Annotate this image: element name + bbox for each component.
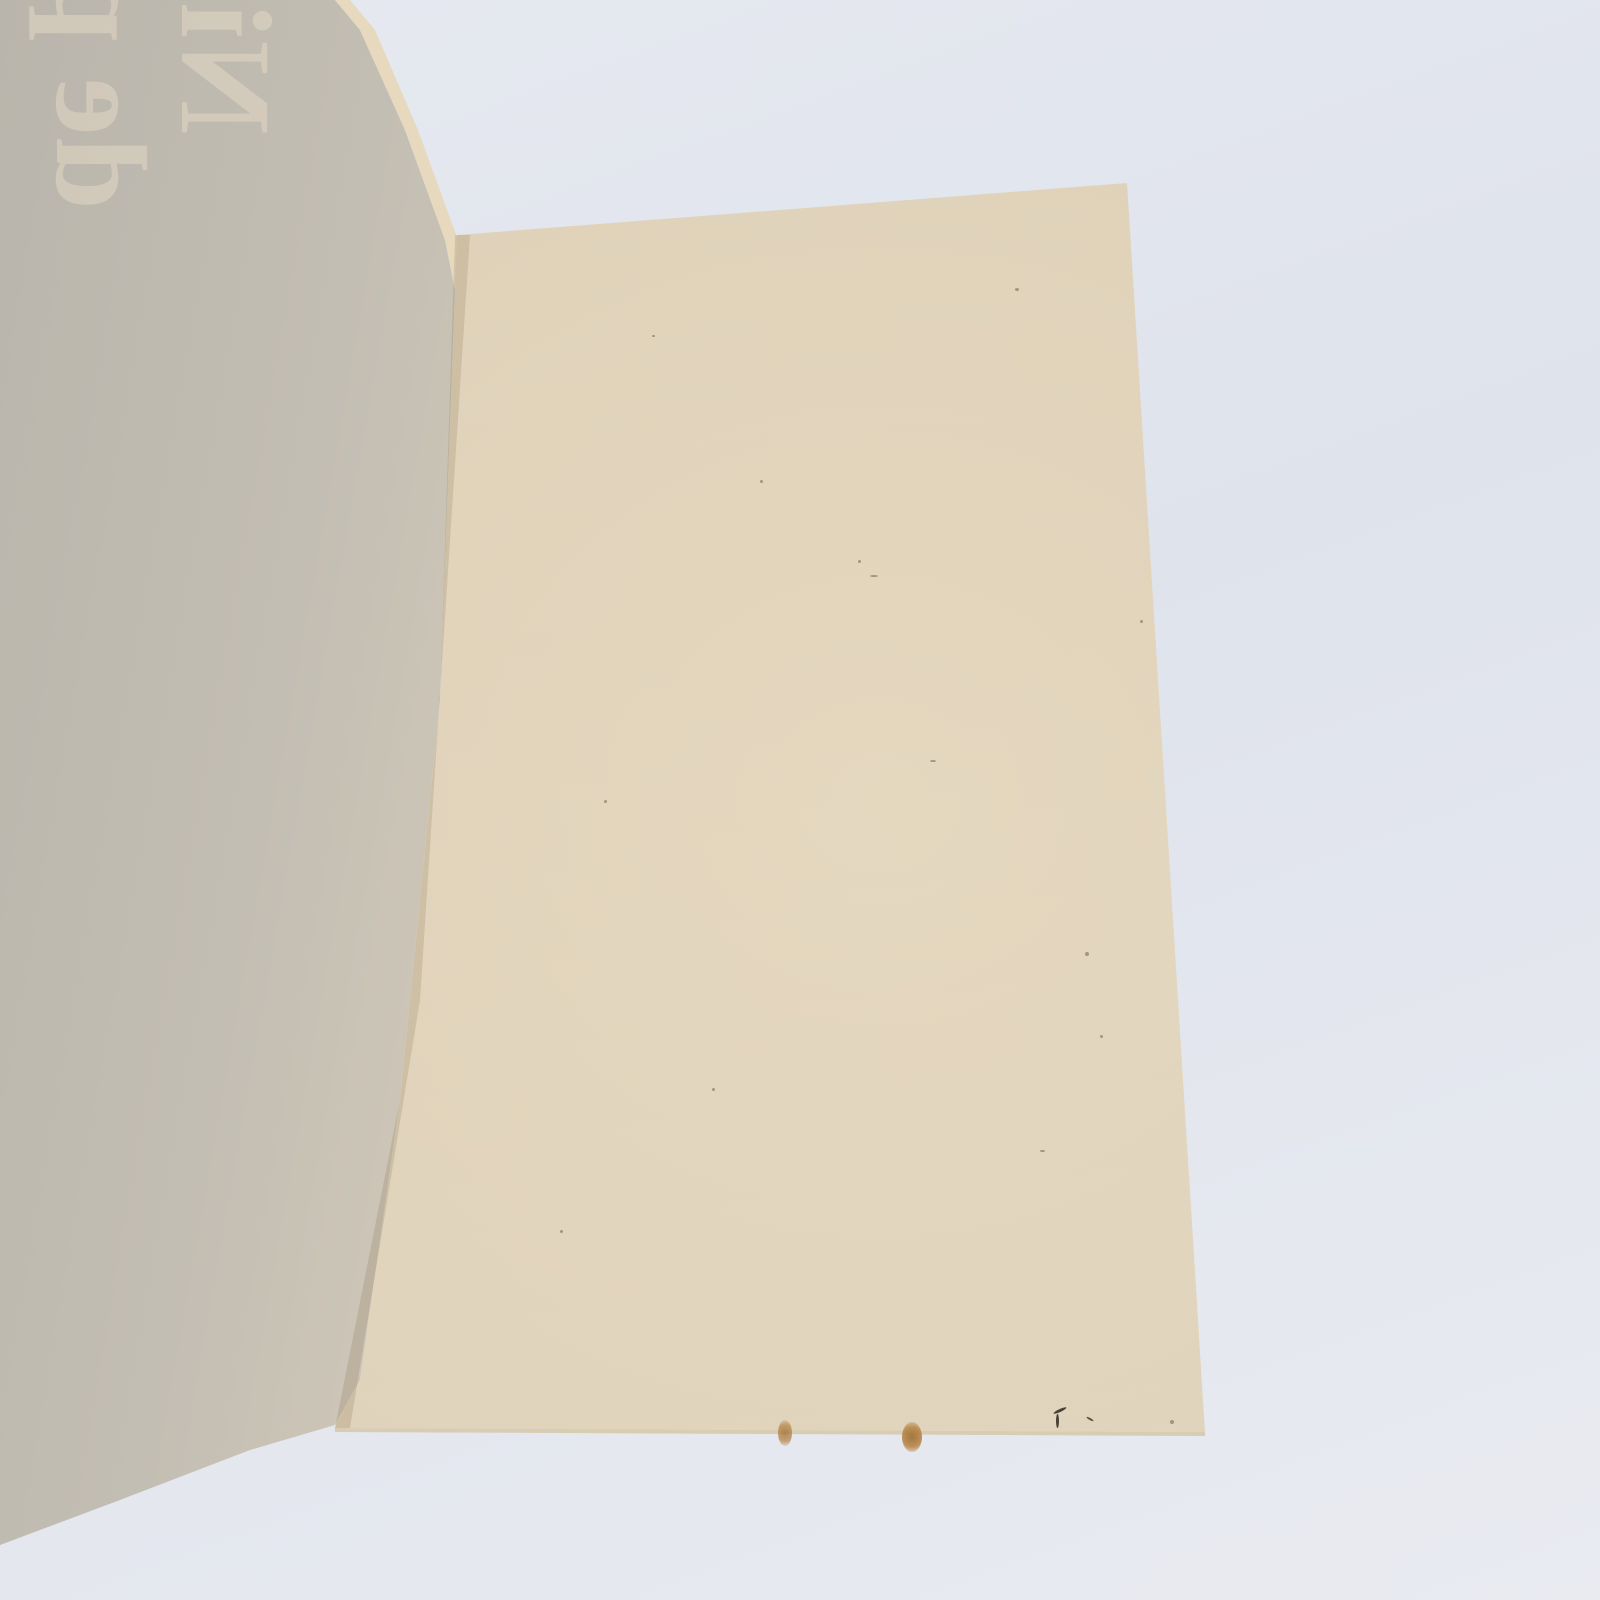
paper-fiber [760, 480, 763, 483]
paper-fiber [1170, 1420, 1174, 1424]
photo-scene: Nid de poule [0, 0, 1600, 1600]
paper-fiber [1015, 288, 1019, 291]
paper-fiber [712, 1088, 715, 1091]
stain-middle [902, 1422, 922, 1452]
paper-fiber [1085, 952, 1089, 956]
paper-fiber [930, 760, 936, 762]
stain-left [778, 1420, 792, 1446]
paper-fiber [1040, 1150, 1045, 1152]
paper-fiber [604, 800, 607, 803]
dark-mark [1056, 1414, 1059, 1428]
showthrough-title-line2: de poule [25, 0, 175, 210]
paper-fiber [1140, 620, 1143, 623]
paper-fiber [858, 560, 861, 563]
paper-fiber [1100, 1035, 1103, 1038]
paper-fiber [870, 575, 878, 577]
paper-fiber [560, 1230, 563, 1233]
paper-fiber [652, 335, 655, 337]
